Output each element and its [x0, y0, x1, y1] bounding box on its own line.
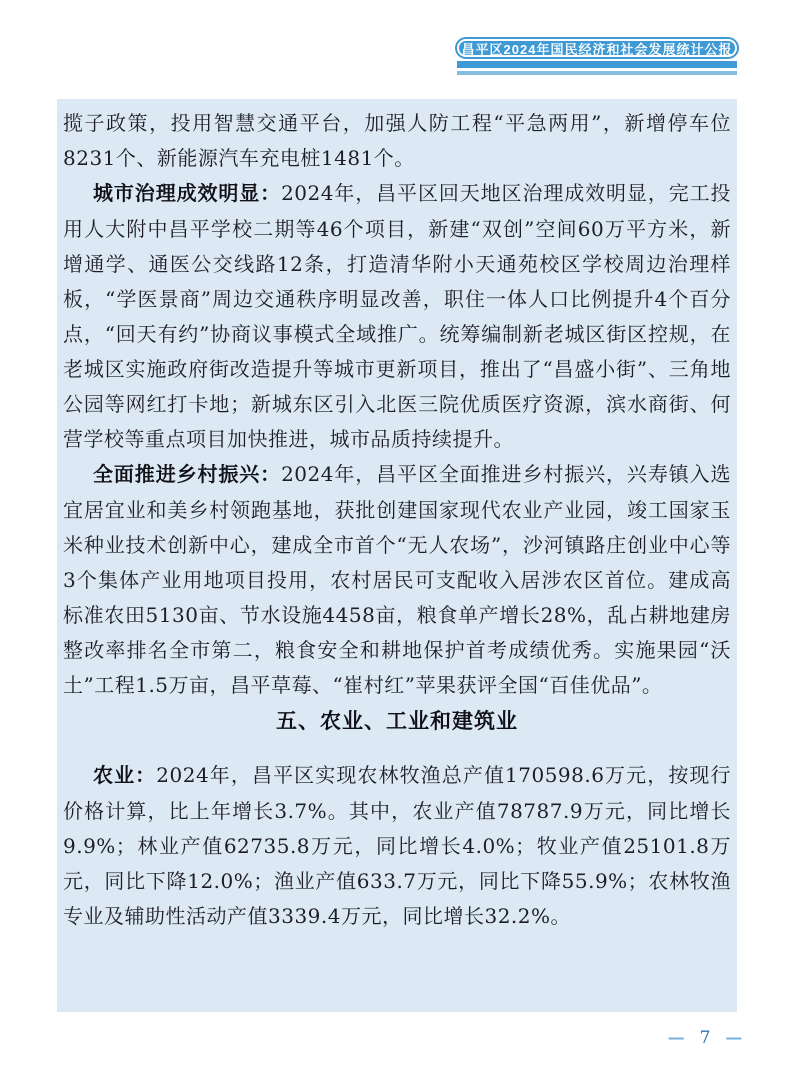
paragraph-lead: 城市治理成效明显： — [93, 183, 281, 205]
page-number-right-dash: — — [725, 1028, 742, 1048]
paragraph-lead: 农业： — [93, 765, 156, 787]
body-paragraph: 全面推进乡村振兴：2024年，昌平区全面推进乡村振兴，兴寿镇入选宜居宜业和美乡村… — [63, 457, 731, 703]
paragraph-text: 2024年，昌平区回天地区治理成效明显，完工投用人大附中昌平学校二期等46个项目… — [63, 181, 731, 451]
header-divider-bar-thick — [457, 61, 737, 68]
document-page: 昌平区2024年国民经济和社会发展统计公报 揽子政策，投用智慧交通平台，加强人防… — [0, 0, 794, 1078]
body-paragraph: 农业：2024年，昌平区实现农林牧渔总产值170598.6万元，按现行价格计算，… — [63, 758, 731, 934]
body-paragraph: 揽子政策，投用智慧交通平台，加强人防工程“平急两用”，新增停车位8231个、新能… — [63, 106, 731, 176]
report-title-banner: 昌平区2024年国民经济和社会发展统计公报 — [457, 39, 737, 57]
report-title: 昌平区2024年国民经济和社会发展统计公报 — [462, 39, 733, 58]
header-divider-bar-thin — [457, 71, 737, 75]
body-paragraph: 城市治理成效明显：2024年，昌平区回天地区治理成效明显，完工投用人大附中昌平学… — [63, 176, 731, 457]
paragraph-lead: 全面推进乡村振兴： — [93, 464, 281, 486]
page-number-left-dash: — — [668, 1028, 685, 1048]
paragraph-text: 揽子政策，投用智慧交通平台，加强人防工程“平急两用”，新增停车位8231个、新能… — [63, 111, 731, 170]
paragraph-text: 2024年，昌平区实现农林牧渔总产值170598.6万元，按现行价格计算，比上年… — [63, 763, 731, 928]
paragraph-text: 2024年，昌平区全面推进乡村振兴，兴寿镇入选宜居宜业和美乡村领跑基地，获批创建… — [63, 462, 731, 697]
page-number: 7 — [700, 1028, 711, 1048]
section-heading: 五、农业、工业和建筑业 — [63, 704, 731, 739]
page-footer: — 7 — — [655, 1026, 755, 1050]
content-panel: 揽子政策，投用智慧交通平台，加强人防工程“平急两用”，新增停车位8231个、新能… — [57, 99, 737, 1012]
